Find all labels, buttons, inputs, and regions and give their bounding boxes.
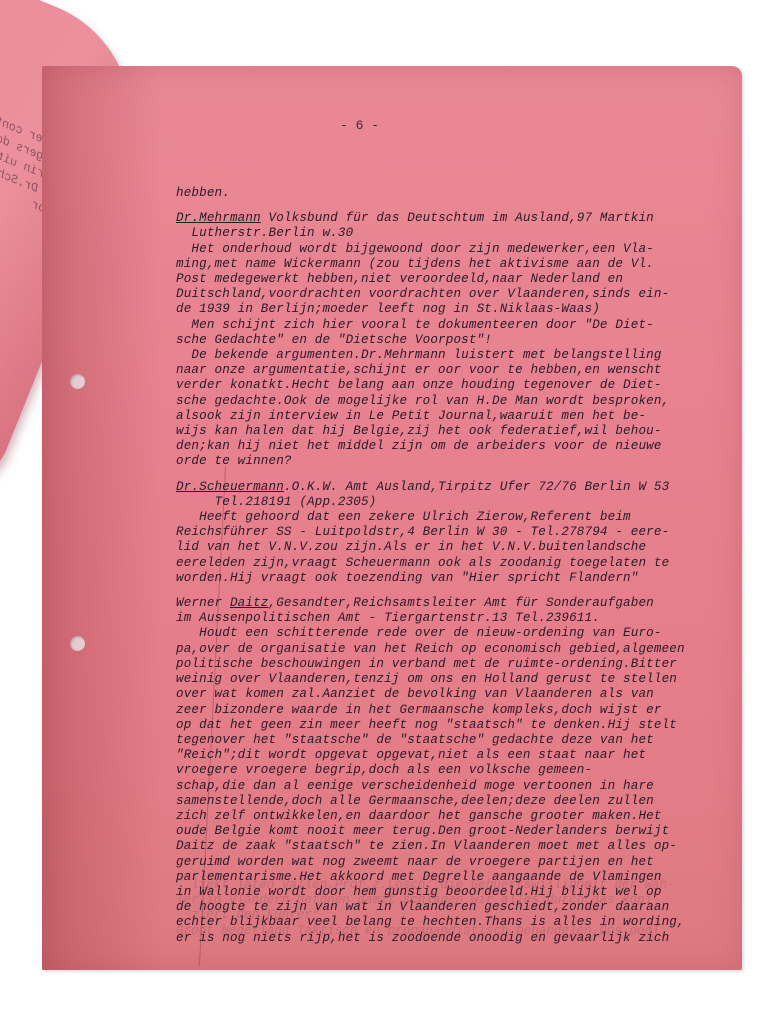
text-line: zich zelf ontwikkelen,en daardoor het ga… [176, 809, 746, 824]
text-line: Daitz de zaak "staatsch" te zien.In Vlaa… [176, 839, 746, 854]
text-line: im Aussenpolitischen Amt - Tiergartenstr… [176, 611, 746, 626]
text-line: weinig over Vlaanderen,tenzij om ons en … [176, 672, 746, 687]
text-line: over wat komen zal.Aanziet de bevolking … [176, 687, 746, 702]
text-line: Lutherstr.Berlin w.30 [176, 226, 746, 241]
entry-heading: Werner Daitz,Gesandter,Reichsamtsleiter … [176, 596, 746, 611]
text-line: vroegere vroegere begrip,doch als een vo… [176, 763, 746, 778]
entry-heading: Dr.Scheuermann.O.K.W. Amt Ausland,Tirpit… [176, 480, 746, 495]
entry-heading: Dr.Mehrmann Volksbund für das Deutschtum… [176, 211, 746, 226]
text-line: geruimd worden wat nog zweemt naar de vr… [176, 855, 746, 870]
text-line: politische beschouwingen in verband met … [176, 657, 746, 672]
person-name: Dr.Scheuermann [176, 480, 284, 494]
text-line: Houdt een schitterende rede over de nieu… [176, 626, 746, 641]
text-line: Tel.218191 (App.2305) [176, 495, 746, 510]
paragraph: Dr.Scheuermann.O.K.W. Amt Ausland,Tirpit… [176, 480, 746, 586]
punch-hole-lower [70, 636, 85, 651]
punch-hole-upper [70, 374, 85, 389]
text-line: hebben. [176, 186, 746, 201]
text-line: verder konatkt.Hecht belang aan onze hou… [176, 378, 746, 393]
text-line: Men schijnt zich hier vooral te dokument… [176, 318, 746, 333]
text-line: Heeft gehoord dat een zekere Ulrich Zier… [176, 510, 746, 525]
text-line: worden.Hij vraagt ook toezending van "Hi… [176, 571, 746, 586]
text-line: orde te winnen? [176, 454, 746, 469]
text-line: Duitschland,voordrachten voordrachten ov… [176, 287, 746, 302]
person-name: Daitz [230, 596, 269, 610]
page-number: - 6 - [340, 118, 379, 133]
text-line: oude Belgie komt nooit meer terug.Den gr… [176, 824, 746, 839]
text-line: sche gedachte.Ook de mogelijke rol van H… [176, 394, 746, 409]
text-line: De bekende argumenten.Dr.Mehrmann luiste… [176, 348, 746, 363]
text-line: sche Gedachte" en de "Dietsche Voorpost"… [176, 333, 746, 348]
text-line: ming,met name Wickermann (zou tijdens he… [176, 257, 746, 272]
text-line: zeer bizondere waarde in het Germaansche… [176, 703, 746, 718]
text-line: op dat het geen zin meer heeft nog "staa… [176, 718, 746, 733]
person-name: Dr.Mehrmann [176, 211, 261, 225]
paragraph: Dr.Mehrmann Volksbund für das Deutschtum… [176, 211, 746, 469]
bleed-through-text: liekt laten vallen.Prof.z.Losch:"die Geb… [176, 878, 736, 939]
text-line: de 1939 in Berlijn;moeder leeft nog in S… [176, 302, 746, 317]
text-line: eereleden zijn,vraagt Scheuermann ook al… [176, 556, 746, 571]
text-line: pa,over de organisatie van het Reich op … [176, 642, 746, 657]
text-line: Post medegewerkt hebben,niet veroordeeld… [176, 272, 746, 287]
paragraph: hebben. [176, 186, 746, 201]
text-line: Het onderhoud wordt bijgewoond door zijn… [176, 242, 746, 257]
text-line: wijs kan halen dat hij Belgie,zij het oo… [176, 424, 746, 439]
text-line: lid van het V.N.V.zou zijn.Als er in het… [176, 540, 746, 555]
text-line: den;kan hij niet het middel zijn om de a… [176, 439, 746, 454]
text-line: Reichsführer SS - Luitpoldstr,4 Berlin W… [176, 525, 746, 540]
text-line: "Reich";dit wordt opgevat opgevat,niet a… [176, 748, 746, 763]
typed-text-body: hebben.Dr.Mehrmann Volksbund für das Deu… [176, 186, 746, 946]
text-line: tegenover het "staatsche" de "staatsche"… [176, 733, 746, 748]
text-line: alsook zijn interview in Le Petit Journa… [176, 409, 746, 424]
text-line: samenstellende,doch alle Germaansche,dee… [176, 794, 746, 809]
text-line: schap,die dan al eenige verscheidenheid … [176, 779, 746, 794]
text-line: naar onze argumentatie,schijnt er oor vo… [176, 363, 746, 378]
